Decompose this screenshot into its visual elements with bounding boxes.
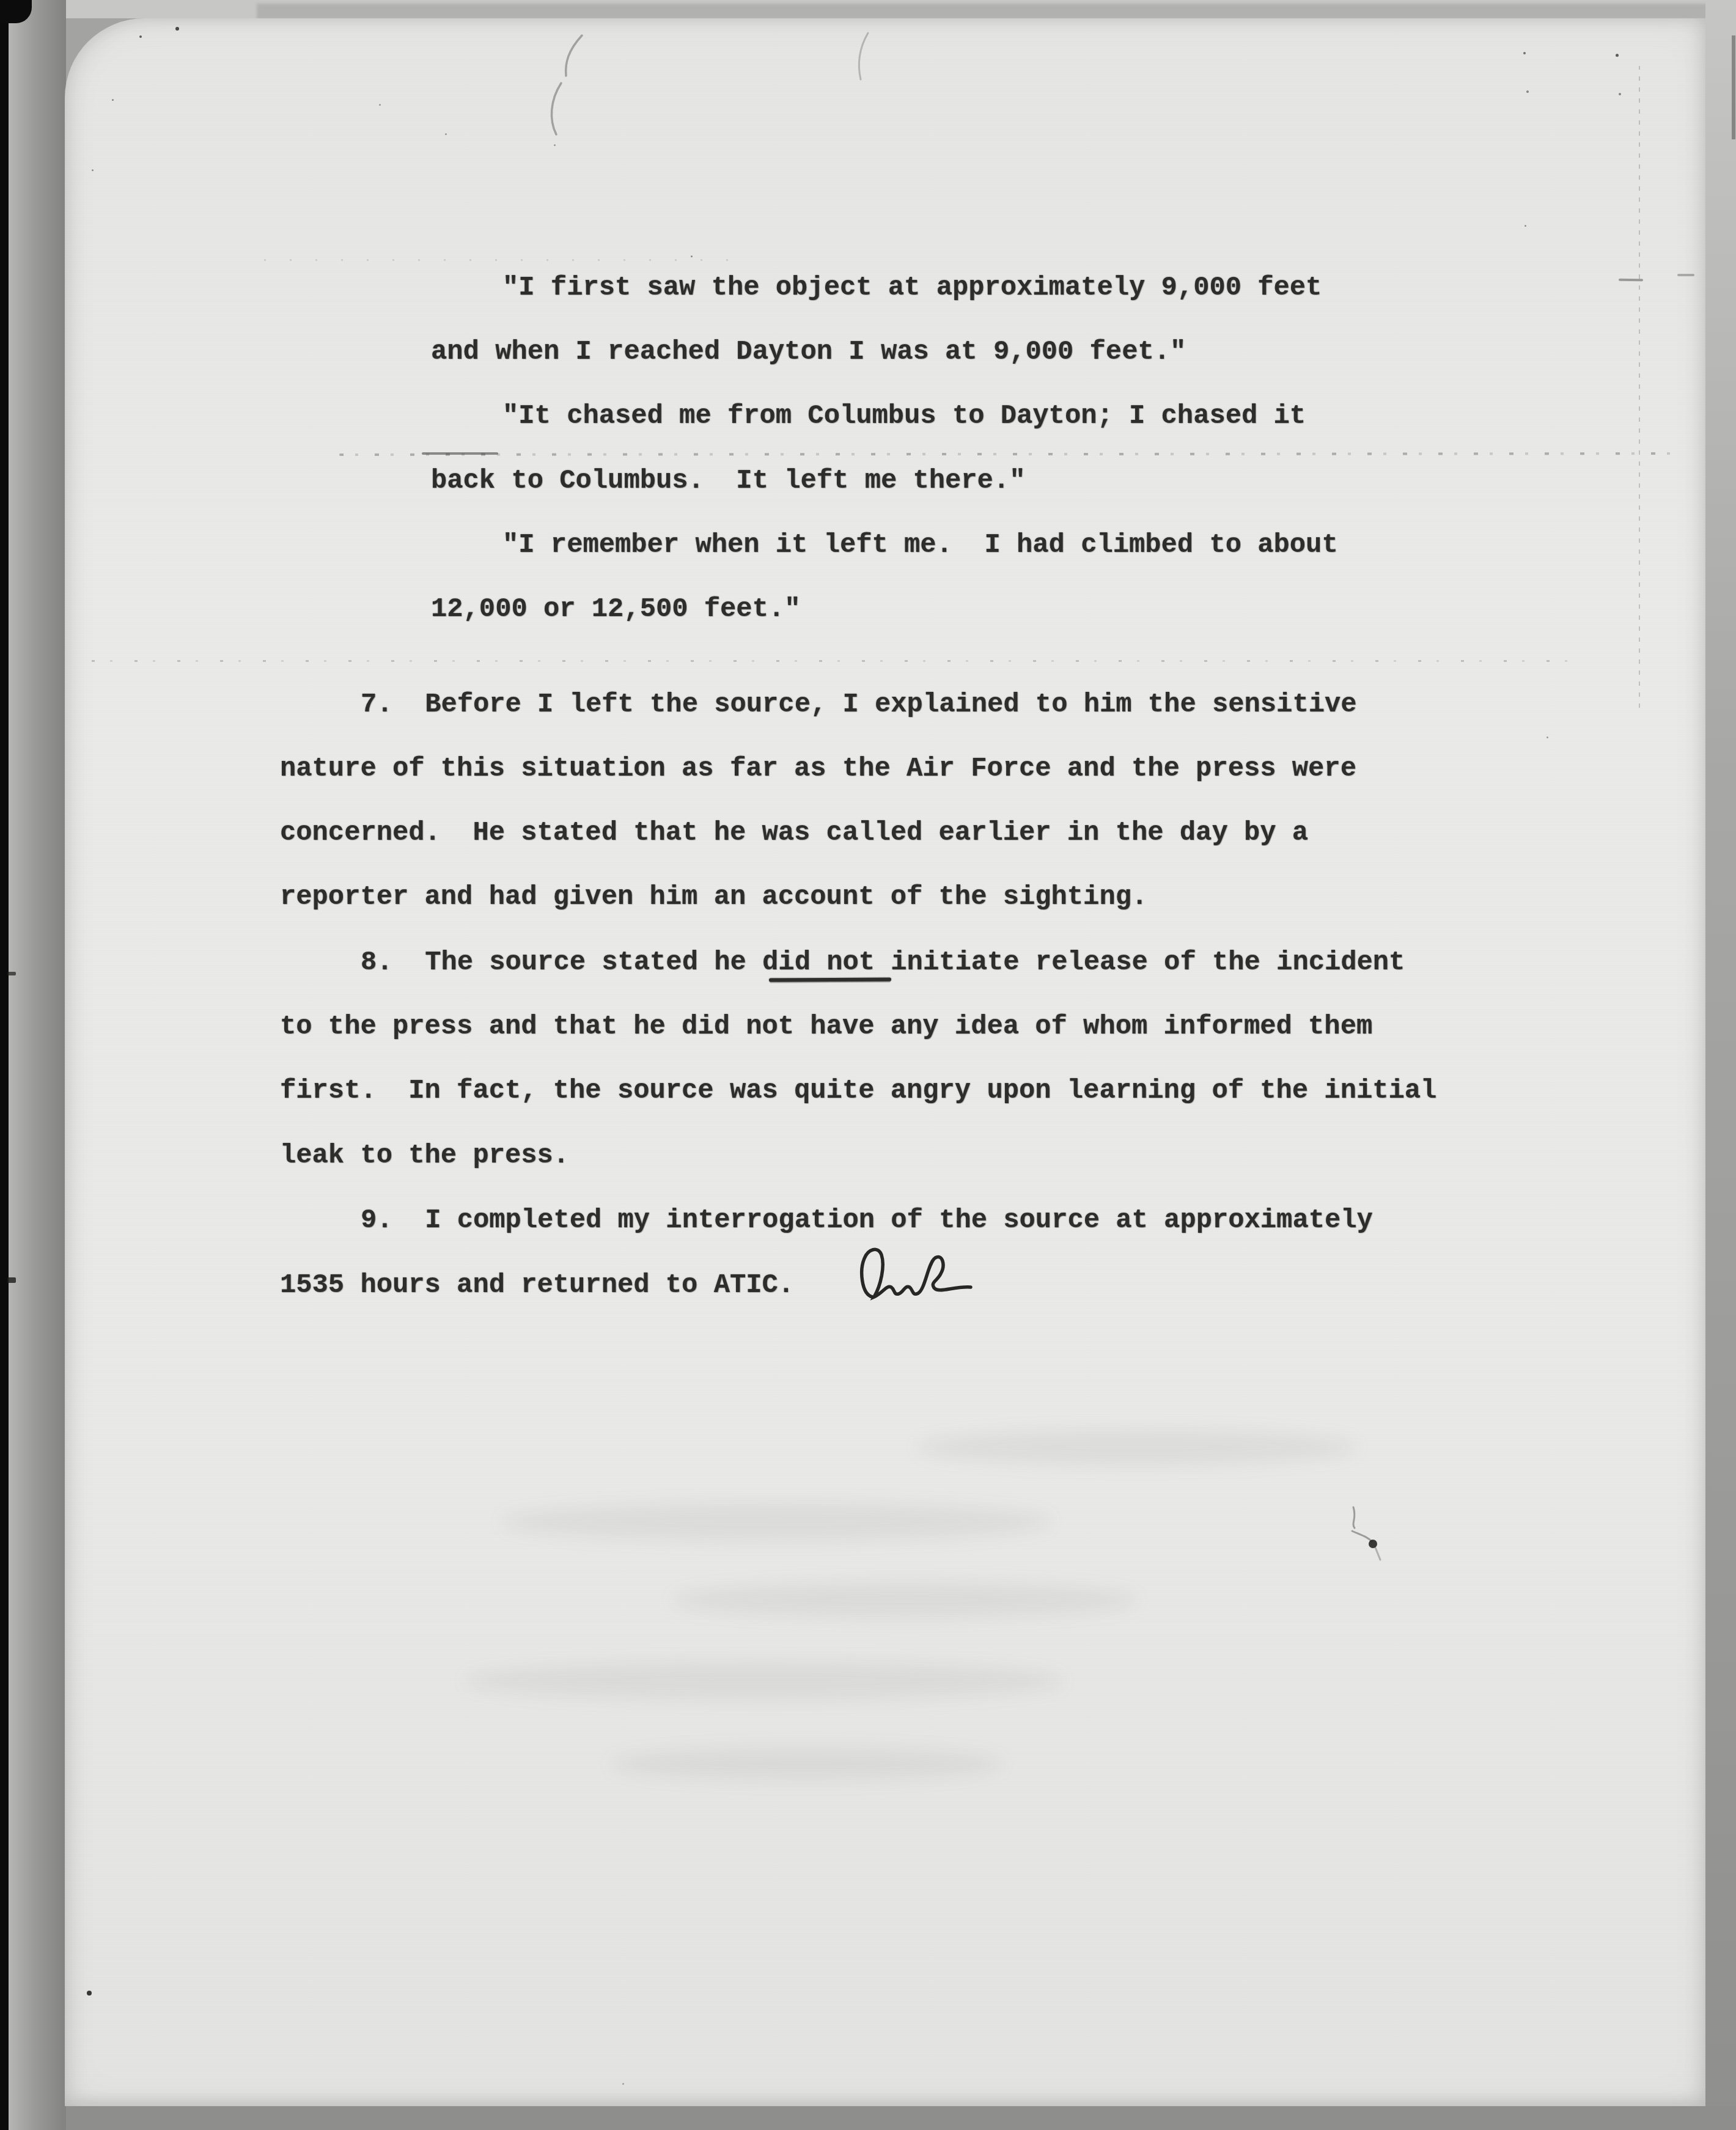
did-not-underline [769, 978, 891, 982]
bleedthrough-ghost [501, 1504, 1051, 1540]
dust-speck [622, 2083, 624, 2085]
typed-line: "It chased me from Columbus to Dayton; I… [502, 403, 1306, 430]
typed-line: reporter and had given him an account of… [280, 884, 1147, 911]
typed-line: 9. I completed my interrogation of the s… [361, 1208, 1373, 1235]
scan-right-band [1705, 0, 1736, 2130]
dust-speck [1525, 225, 1526, 227]
dust-speck [112, 99, 114, 101]
pen-curve-mark [538, 24, 593, 153]
typed-line: 1535 hours and returned to ATIC. [280, 1272, 794, 1299]
faint-dot-row [264, 259, 729, 261]
dust-speck [175, 27, 179, 31]
left-edge-tick [7, 972, 16, 975]
scan-top-shadow-band [257, 4, 1736, 20]
typed-line: 7. Before I left the source, I explained… [361, 692, 1357, 719]
document-page [65, 18, 1705, 2106]
dust-speck [139, 35, 142, 38]
typed-line: to the press and that he did not have an… [280, 1014, 1372, 1041]
scanned-document: "I first saw the object at approximately… [0, 0, 1736, 2130]
dust-speck [379, 104, 381, 106]
scan-edge-mark [1732, 35, 1735, 139]
smudge-line-lower [92, 660, 1571, 662]
scan-bottom-band [0, 2106, 1736, 2130]
typed-line: "I remember when it left me. I had climb… [502, 532, 1338, 559]
bleedthrough-ghost [917, 1430, 1357, 1464]
margin-dash [1677, 274, 1694, 276]
typed-line: "I first saw the object at approximately… [502, 275, 1322, 302]
ink-scratch-mark [1342, 1497, 1391, 1568]
bleedthrough-ghost [672, 1583, 1137, 1617]
smudge-line-upper-dark-segment [422, 452, 498, 455]
dust-speck [87, 1991, 92, 1996]
dust-speck [1547, 736, 1548, 738]
typed-line: and when I reached Dayton I was at 9,000… [431, 339, 1186, 366]
left-edge-tick [7, 1277, 16, 1283]
dust-speck [1523, 52, 1526, 54]
typed-line: 12,000 or 12,500 feet." [431, 597, 801, 623]
typed-line: back to Columbus. It left me there." [431, 468, 1025, 495]
bleedthrough-ghost [611, 1748, 1002, 1780]
dust-speck [445, 133, 447, 135]
typed-line: concerned. He stated that he was called … [280, 820, 1308, 847]
typed-line: nature of this situation as far as the A… [280, 756, 1356, 783]
scan-left-black-edge [0, 0, 9, 2130]
dust-speck [92, 169, 94, 171]
pen-curve-mark [853, 29, 872, 84]
handwritten-initials [851, 1233, 985, 1307]
scan-left-gray-band [9, 0, 66, 2130]
typed-line: 8. The source stated he did not initiate… [361, 950, 1405, 977]
vertical-fold-line [1639, 66, 1640, 708]
dust-speck [691, 255, 693, 257]
typed-line: first. In fact, the source was quite ang… [280, 1078, 1436, 1105]
dust-speck [554, 144, 556, 146]
dust-speck [1616, 54, 1619, 57]
dust-speck [1526, 90, 1529, 93]
bleedthrough-ghost [465, 1662, 1064, 1699]
typed-line: leak to the press. [280, 1143, 569, 1170]
dust-speck [1619, 93, 1621, 95]
